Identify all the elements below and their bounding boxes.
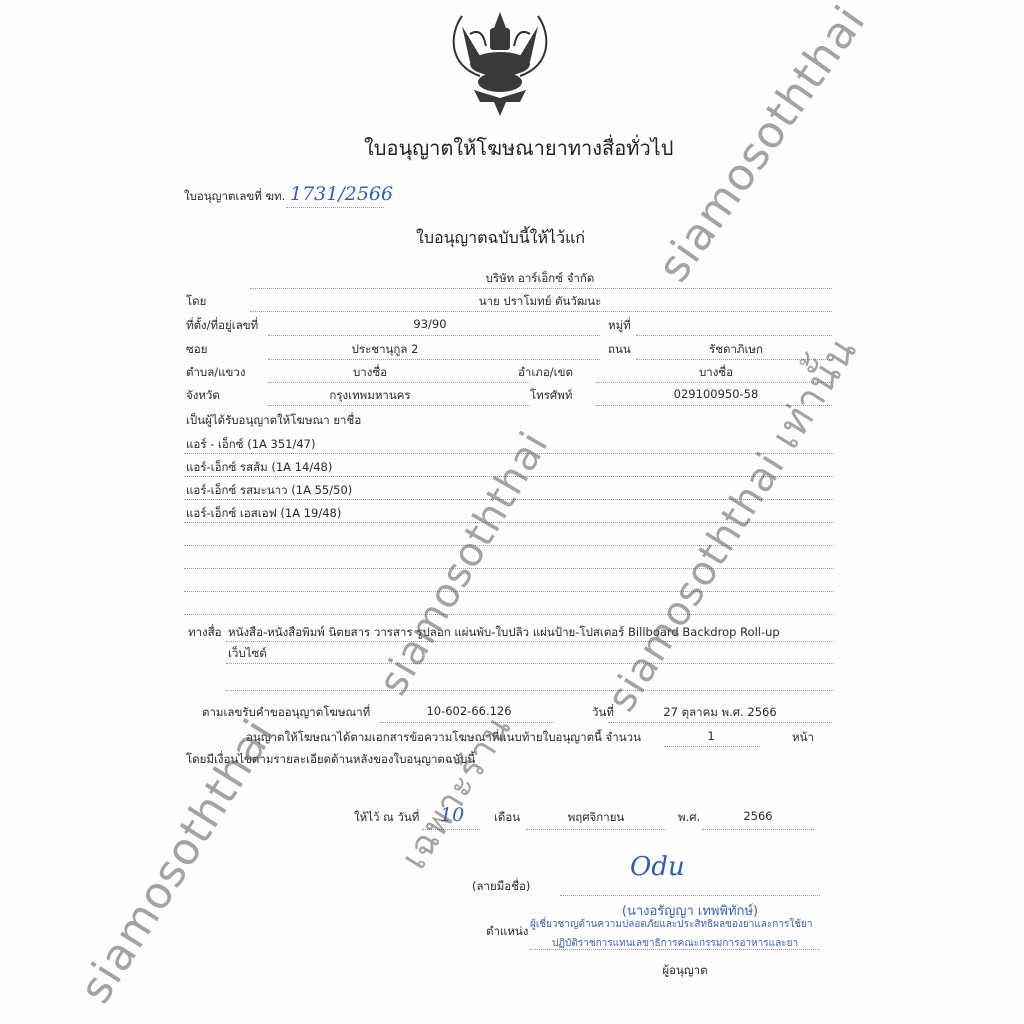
soi-label: ซอย <box>186 341 207 359</box>
position-label: ตำแหน่ง <box>486 923 528 941</box>
by-value: นาย ปราโมทย์ ตันวัฒนะ <box>250 293 830 311</box>
road-value: รัชดาภิเษก <box>640 341 832 359</box>
subdistrict-value: บางซื่อ <box>270 364 470 382</box>
media-line-1: หนังสือ-หนังสือพิมพ์ นิตยสาร วารสาร รูปล… <box>228 624 780 642</box>
address-value: 93/90 <box>270 317 590 331</box>
request-date-value: 27 ตุลาคม พ.ศ. 2566 <box>610 704 830 722</box>
granted-to-heading: ใบอนุญาตฉบับนี้ให้ไว้แก่ <box>416 226 585 251</box>
signature-mark: Odu <box>630 852 685 882</box>
soi-value: ประชานุกูล 2 <box>270 341 500 359</box>
address-label: ที่ตั้ง/ที่อยู่เลขที่ <box>186 317 258 335</box>
watermark: siamosoththai <box>370 424 558 703</box>
road-label: ถนน <box>608 341 631 359</box>
signature-label: (ลายมือชื่อ) <box>472 878 530 896</box>
district-label: อำเภอ/เขต <box>518 364 573 382</box>
phone-value: 029100950-58 <box>600 387 832 401</box>
conditions-text: โดยมีเงื่อนไขตามรายละเอียดด้านหลังของใบอ… <box>186 751 475 769</box>
issued-label: ให้ไว้ ณ วันที่ <box>354 809 419 827</box>
district-value: บางซื่อ <box>600 364 832 382</box>
drugs-heading: เป็นผู้ได้รับอนุญาตให้โฆษณา ยาชื่อ <box>186 412 361 430</box>
drug-item: แอร์-เอ็กซ์ รสมะนาว (1A 55/50) <box>186 482 352 500</box>
license-number-value: 1731/2566 <box>290 183 393 205</box>
request-number: 10-602-66.126 <box>384 704 554 718</box>
drug-item: แอร์-เอ็กซ์ รสส้ม (1A 14/48) <box>186 459 332 477</box>
subdistrict-label: ตำบล/แขวง <box>186 364 246 382</box>
company-name: บริษัท อาร์เอ็กซ์ จำกัด <box>250 270 830 288</box>
drug-item: แอร์-เอ็กซ์ เอสเอฟ (1A 19/48) <box>186 505 341 523</box>
license-number-label: ใบอนุญาตเลขที่ ฆท. <box>184 188 285 206</box>
garuda-emblem-icon <box>440 6 560 118</box>
page-count: 1 <box>664 729 758 743</box>
document-title: ใบอนุญาตให้โฆษณายาทางสื่อทั่วไป <box>364 132 673 164</box>
media-line-2: เว็บไซต์ <box>228 645 267 663</box>
issued-month: พฤศจิกายน <box>526 809 666 827</box>
moo-label: หมู่ที่ <box>608 317 631 335</box>
approver-role: ผู้อนุญาต <box>560 962 810 980</box>
province-label: จังหวัด <box>186 387 220 405</box>
phone-label: โทรศัพท์ <box>530 387 572 405</box>
position-line-1: ผู้เชี่ยวชาญด้านความปลอดภัยและประสิทธิผล… <box>530 917 813 932</box>
issued-month-label: เดือน <box>494 809 520 827</box>
drug-item: แอร์ - เอ็กซ์ (1A 351/47) <box>186 436 316 454</box>
watermark: siamosoththai <box>648 0 876 291</box>
issued-year: 2566 <box>702 809 814 823</box>
by-label: โดย <box>186 293 206 311</box>
issued-year-label: พ.ศ. <box>678 809 700 827</box>
issued-day: 10 <box>440 804 464 826</box>
permit-text: อนุญาตให้โฆษณาได้ตามเอกสารข้อความโฆษณาที… <box>246 729 641 747</box>
province-value: กรุงเทพมหานคร <box>270 387 470 405</box>
request-label: ตามเลขรับคำขออนุญาตโฆษณาที่ <box>202 704 370 722</box>
media-label: ทางสื่อ <box>188 624 222 642</box>
page-unit: หน้า <box>792 729 814 747</box>
